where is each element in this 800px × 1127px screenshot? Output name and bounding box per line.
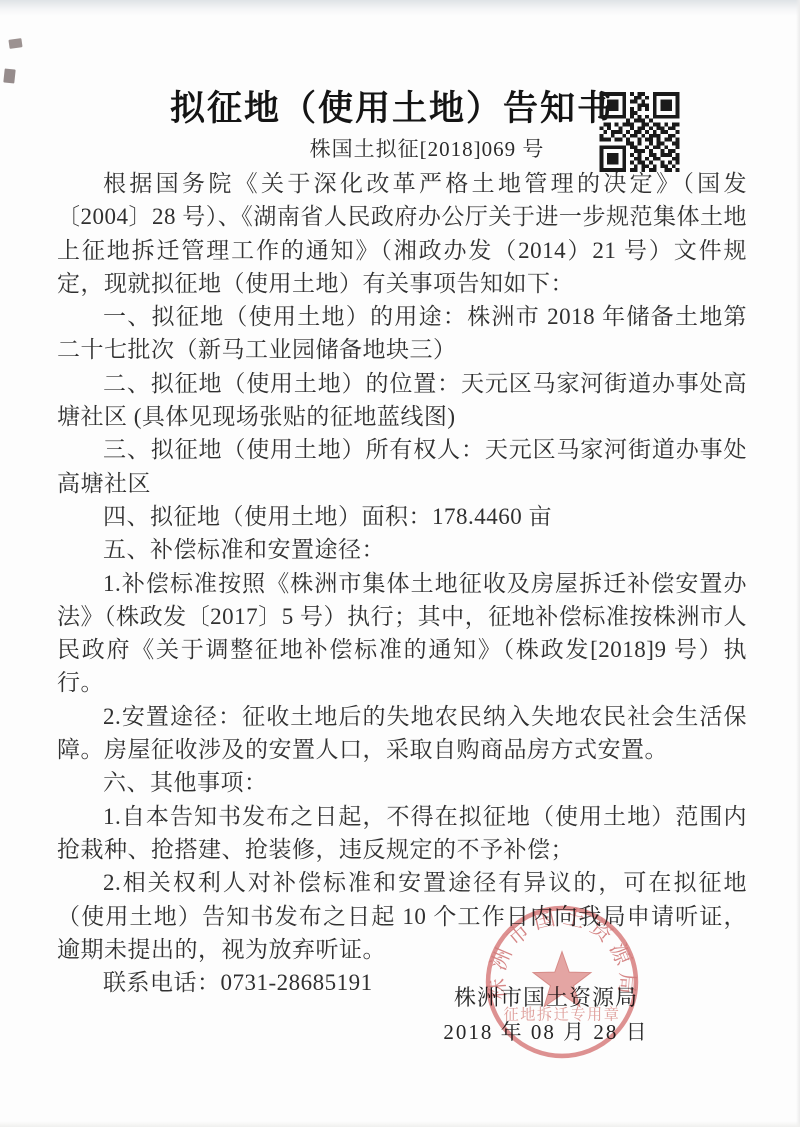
body-paragraph: 2.相关权利人对补偿标准和安置途径有异议的，可在拟征地（使用土地）告知书发布之日… — [57, 866, 747, 966]
body-paragraph: 五、补偿标准和安置途径： — [57, 533, 747, 566]
scan-artifact-mark — [8, 38, 22, 49]
document-body: 根据国务院《关于深化改革严格土地管理的决定》（国发〔2004〕28 号）、《湖南… — [57, 167, 747, 999]
scan-edge-right — [796, 0, 800, 1127]
issuing-agency: 株洲市国土资源局 — [411, 981, 681, 1015]
document-number: 株国土拟征[2018]069 号 — [54, 135, 800, 163]
body-paragraph: 二、拟征地（使用土地）的位置：天元区马家河街道办事处高塘社区 (具体见现场张贴的… — [57, 367, 747, 434]
body-paragraph: 六、其他事项： — [57, 766, 747, 799]
body-paragraph: 一、拟征地（使用土地）的用途：株洲市 2018 年储备土地第二十七批次（新马工业… — [57, 300, 747, 367]
qr-code-icon — [597, 92, 682, 172]
issue-date: 2018 年 08 月 28 日 — [411, 1015, 681, 1049]
body-paragraph: 四、拟征地（使用土地）面积：178.4460 亩 — [57, 500, 747, 533]
scan-edge-top — [0, 0, 800, 16]
scan-artifact-mark — [3, 68, 15, 83]
body-paragraph: 1.自本告知书发布之日起，不得在拟征地（使用土地）范围内抢栽种、抢搭建、抢装修，… — [57, 800, 747, 867]
body-paragraph: 2.安置途径：征收土地后的失地农民纳入失地农民社会生活保障。房屋征收涉及的安置人… — [57, 700, 747, 767]
body-paragraph: 三、拟征地（使用土地）所有权人：天元区马家河街道办事处高塘社区 — [57, 433, 747, 500]
body-paragraph: 1.补偿标准按照《株洲市集体土地征收及房屋拆迁补偿安置办法》（株政发〔2017〕… — [57, 567, 747, 700]
body-paragraph: 根据国务院《关于深化改革严格土地管理的决定》（国发〔2004〕28 号）、《湖南… — [57, 167, 747, 300]
scan-edge-bottom — [0, 1121, 800, 1127]
signature-block: 株洲市国土资源局 2018 年 08 月 28 日 — [411, 981, 681, 1049]
scanned-notice-page: 拟征地（使用土地）告知书 株国土拟征[2018]069 号 根据国务院《关于深化… — [0, 0, 800, 1127]
